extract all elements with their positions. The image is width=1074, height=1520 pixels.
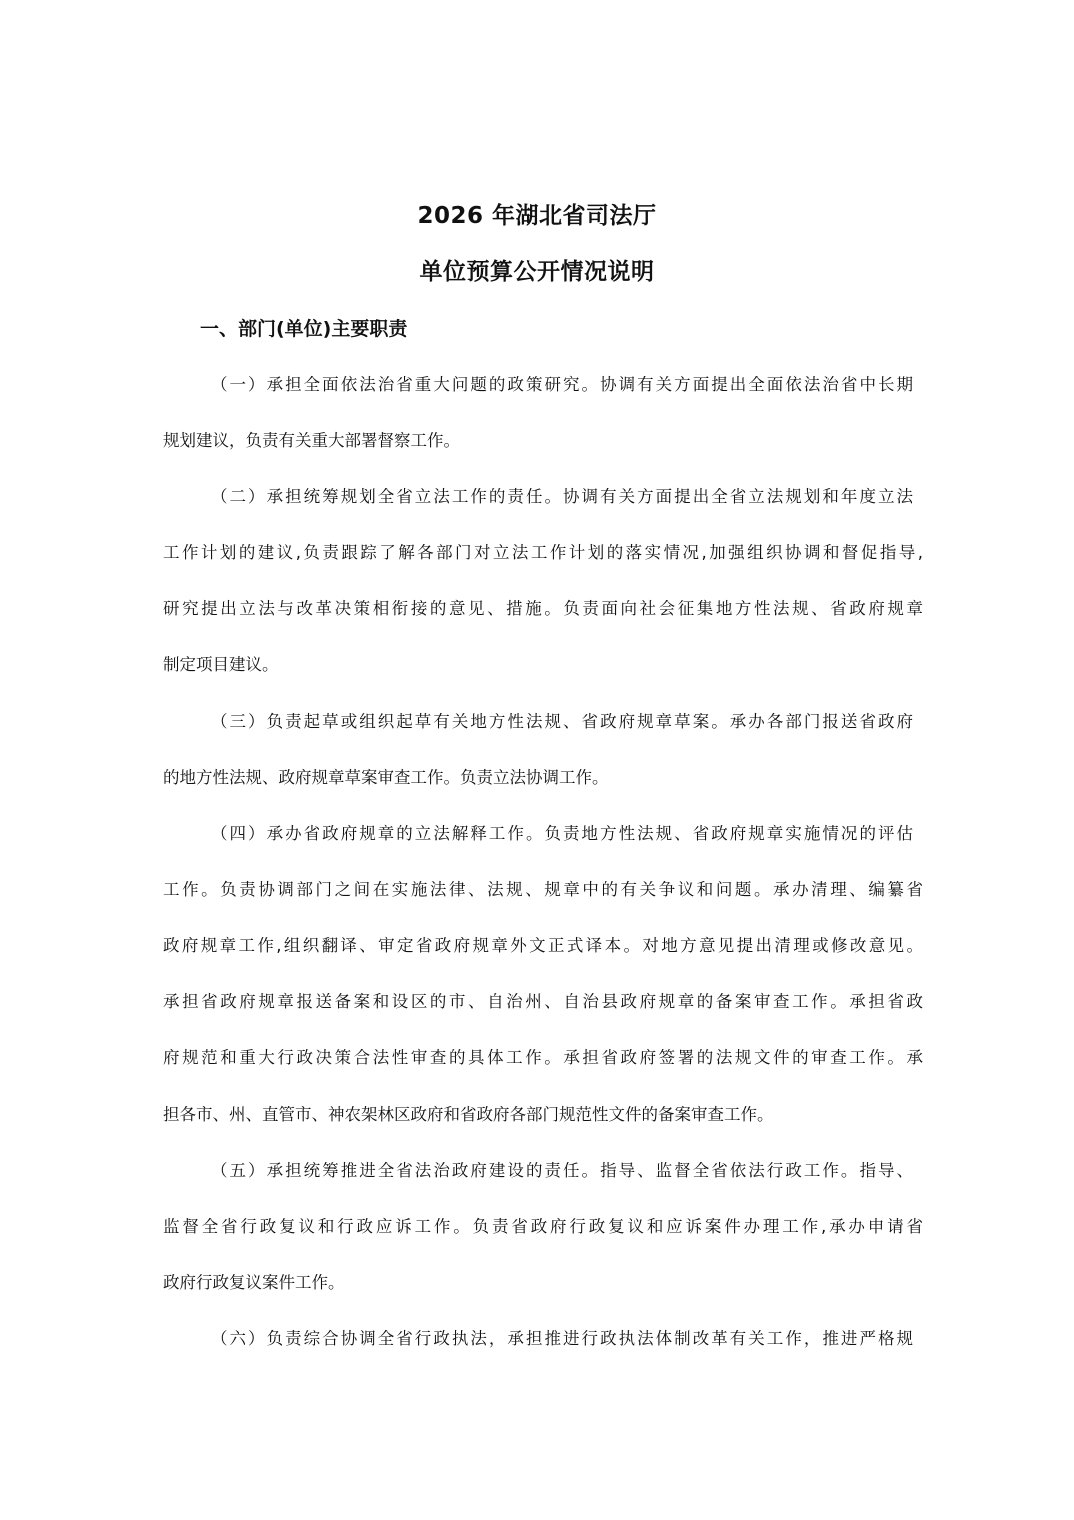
paragraph-line: （五）承担统筹推进全省法治政府建设的责任。指导、监督全省依法行政工作。指导、 <box>211 1160 913 1182</box>
paragraph-line: （二）承担统筹规划全省立法工作的责任。协调有关方面提出全省立法规划和年度立法 <box>211 486 913 508</box>
paragraph-line: 规划建议，负责有关重大部署督察工作。 <box>163 430 923 452</box>
paragraph-line: （六）负责综合协调全省行政执法，承担推进行政执法体制改革有关工作，推进严格规 <box>211 1328 913 1350</box>
document-title: 2026 年湖北省司法厅 <box>0 201 1074 231</box>
section-heading: 一、部门(单位)主要职责 <box>200 316 407 342</box>
paragraph-line: 的地方性法规、政府规章草案审查工作。负责立法协调工作。 <box>163 767 923 789</box>
paragraph-line: 府规范和重大行政决策合法性审查的具体工作。承担省政府签署的法规文件的审查工作。承 <box>163 1047 923 1069</box>
paragraph-line: 担各市、州、直管市、神农架林区政府和省政府各部门规范性文件的备案审查工作。 <box>163 1104 923 1126</box>
paragraph-line: 承担省政府规章报送备案和设区的市、自治州、自治县政府规章的备案审查工作。承担省政 <box>163 991 923 1013</box>
document-subtitle: 单位预算公开情况说明 <box>0 257 1074 287</box>
paragraph-line: 工作。负责协调部门之间在实施法律、法规、规章中的有关争议和问题。承办清理、编纂省 <box>163 879 923 901</box>
paragraph-line: 政府行政复议案件工作。 <box>163 1272 923 1294</box>
document-page: 2026 年湖北省司法厅 单位预算公开情况说明 一、部门(单位)主要职责 （一）… <box>0 0 1074 1520</box>
paragraph-line: 工作计划的建议,负责跟踪了解各部门对立法工作计划的落实情况,加强组织协调和督促指… <box>163 542 923 564</box>
paragraph-line: （四）承办省政府规章的立法解释工作。负责地方性法规、省政府规章实施情况的评估 <box>211 823 913 845</box>
paragraph-line: 制定项目建议。 <box>163 654 923 676</box>
paragraph-line: 政府规章工作,组织翻译、审定省政府规章外文正式译本。对地方意见提出清理或修改意见… <box>163 935 923 957</box>
paragraph-line: （一）承担全面依法治省重大问题的政策研究。协调有关方面提出全面依法治省中长期 <box>211 374 913 396</box>
paragraph-line: 研究提出立法与改革决策相衔接的意见、措施。负责面向社会征集地方性法规、省政府规章 <box>163 598 923 620</box>
paragraph-line: （三）负责起草或组织起草有关地方性法规、省政府规章草案。承办各部门报送省政府 <box>211 711 913 733</box>
paragraph-line: 监督全省行政复议和行政应诉工作。负责省政府行政复议和应诉案件办理工作,承办申请省 <box>163 1216 923 1238</box>
